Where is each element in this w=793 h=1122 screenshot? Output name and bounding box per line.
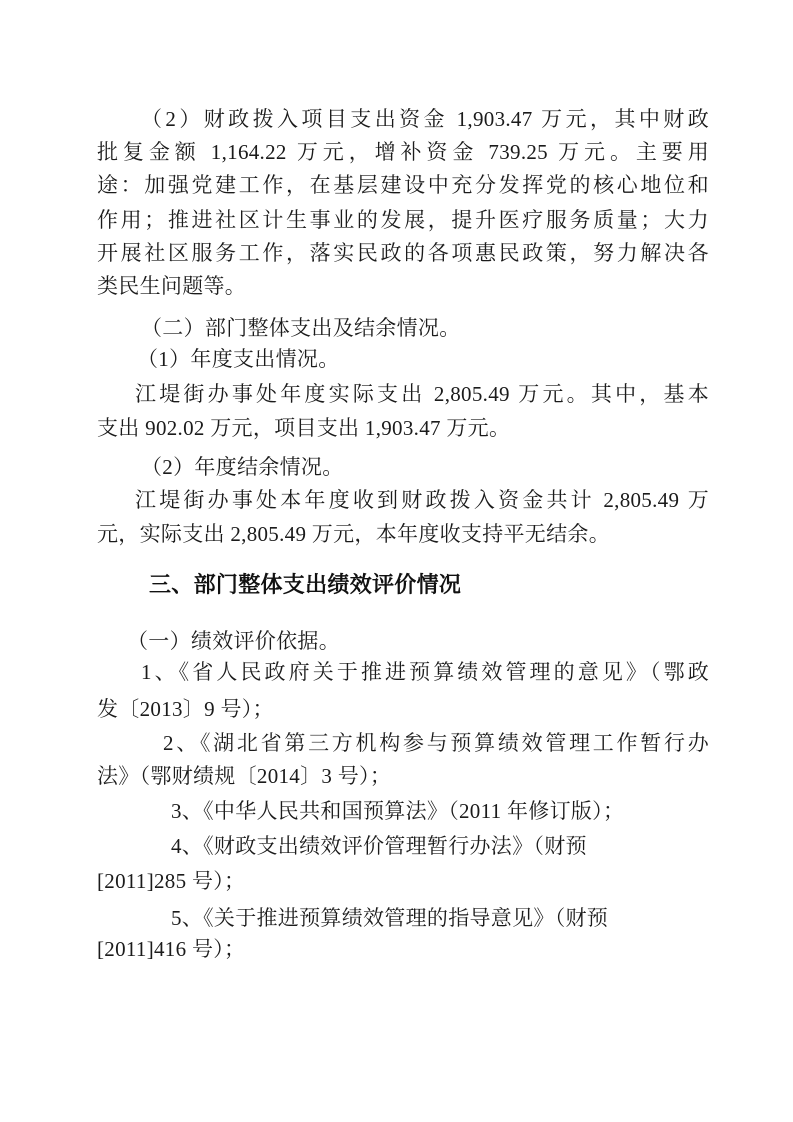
- para-project-funds-line-6: 类民生问题等。: [97, 269, 709, 303]
- reference-5-line-2: [2011]416 号）；: [97, 932, 709, 966]
- annual-balance-title: （2）年度结余情况。: [97, 450, 709, 484]
- subsection-overall-expense-title: （二）部门整体支出及结余情况。: [97, 311, 709, 345]
- para-project-funds-line-1: （2）财政拨入项目支出资金 1,903.47 万元，其中财政: [97, 102, 709, 136]
- reference-2-line-1: 2、《湖北省第三方机构参与预算绩效管理工作暂行办: [97, 726, 709, 760]
- eval-basis-title: （一）绩效评价依据。: [97, 624, 709, 658]
- annual-expense-title: （1）年度支出情况。: [97, 342, 709, 376]
- para-project-funds-line-4: 作用；推进社区计生事业的发展，提升医疗服务质量；大力: [97, 203, 709, 237]
- reference-1-line-1: 1、《省人民政府关于推进预算绩效管理的意见》（鄂政: [97, 655, 709, 689]
- section3-heading: 三、部门整体支出绩效评价情况: [97, 568, 709, 602]
- reference-3-line-1: 3、《中华人民共和国预算法》（2011 年修订版）；: [97, 794, 709, 828]
- para-project-funds-line-5: 开展社区服务工作，落实民政的各项惠民政策，努力解决各: [97, 236, 709, 270]
- para-annual-balance-line-2: 元，实际支出 2,805.49 万元，本年度收支持平无结余。: [97, 517, 709, 551]
- text-column: （2）财政拨入项目支出资金 1,903.47 万元，其中财政 批复金额 1,16…: [97, 0, 709, 1122]
- para-annual-balance-line-1: 江堤街办事处本年度收到财政拨入资金共计 2,805.49 万: [97, 483, 709, 517]
- reference-5-line-1: 5、《关于推进预算绩效管理的指导意见》（财预: [97, 901, 709, 935]
- reference-2-line-2: 法》（鄂财绩规〔2014〕3 号）；: [97, 759, 709, 793]
- para-project-funds-line-3: 途：加强党建工作，在基层建设中充分发挥党的核心地位和: [97, 168, 709, 202]
- para-project-funds-line-2: 批复金额 1,164.22 万元，增补资金 739.25 万元。主要用: [97, 135, 709, 169]
- reference-4-line-2: [2011]285 号）；: [97, 864, 709, 898]
- para-annual-expense-line-2: 支出 902.02 万元，项目支出 1,903.47 万元。: [97, 411, 709, 445]
- reference-1-line-2: 发〔2013〕9 号）；: [97, 692, 709, 726]
- document-page: （2）财政拨入项目支出资金 1,903.47 万元，其中财政 批复金额 1,16…: [0, 0, 793, 1122]
- reference-4-line-1: 4、《财政支出绩效评价管理暂行办法》（财预: [97, 829, 709, 863]
- para-annual-expense-line-1: 江堤街办事处年度实际支出 2,805.49 万元。其中，基本: [97, 377, 709, 411]
